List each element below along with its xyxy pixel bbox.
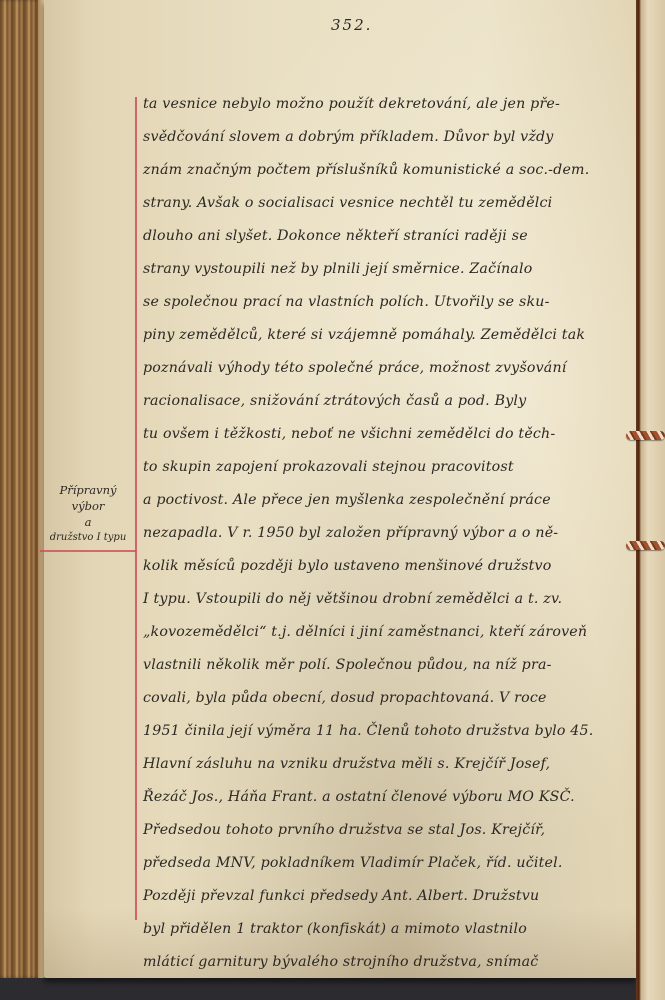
margin-note-line: družstvo I typu [40, 530, 136, 546]
text-line: 1951 činila její výměra 11 ha. Členů toh… [143, 715, 623, 748]
text-line: covali, byla půda obecní, dosud propacht… [143, 682, 623, 715]
page-number: 352. [331, 16, 372, 34]
margin-note-underline [40, 550, 136, 552]
book-page-edges [0, 0, 44, 978]
text-line: I typu. Vstoupili do něj většinou drobní… [143, 583, 623, 616]
text-line: strany vystoupili než by plnili její smě… [143, 253, 623, 286]
handwritten-body-text: ta vesnice nebylo možno použít dekretová… [143, 88, 623, 979]
text-line: piny zemědělců, které si vzájemně pomáha… [143, 319, 623, 352]
margin-note: Přípravný výbor a družstvo I typu [40, 482, 136, 546]
text-line: se společnou prací na vlastních polích. … [143, 286, 623, 319]
text-line: Hlavní zásluhu na vzniku družstva měli s… [143, 748, 623, 781]
text-line: strany. Avšak o socialisaci vesnice nech… [143, 187, 623, 220]
text-line: předseda MNV, pokladníkem Vladimír Plače… [143, 847, 623, 880]
text-line: svědčování slovem a dobrým příkladem. Dů… [143, 121, 623, 154]
margin-note-line: Přípravný [40, 482, 136, 498]
text-line: Řezáč Jos., Háňa Frant. a ostatní členov… [143, 781, 623, 814]
text-line: ta vesnice nebylo možno použít dekretová… [143, 88, 623, 121]
binding-stitch-upper [626, 431, 665, 440]
text-line: Později převzal funkci předsedy Ant. Alb… [143, 880, 623, 913]
margin-note-line: výbor [40, 498, 136, 514]
text-line: to skupin zapojení prokazovali stejnou p… [143, 451, 623, 484]
text-line: Předsedou tohoto prvního družstva se sta… [143, 814, 623, 847]
text-line: poznávali výhody této společné práce, mo… [143, 352, 623, 385]
text-line: kolik měsíců později bylo ustaveno menši… [143, 550, 623, 583]
text-line: vlastnili několik měr polí. Společnou pů… [143, 649, 623, 682]
text-line: byl přidělen 1 traktor (konfiskát) a mim… [143, 913, 623, 946]
binding-stitch-lower [626, 541, 665, 550]
text-line: racionalisace, snižování ztrátových časů… [143, 385, 623, 418]
text-line: znám značným počtem příslušníků komunist… [143, 154, 623, 187]
margin-note-line: a [40, 514, 136, 530]
text-line: „kovozemědělci“ t.j. dělníci i jiní zamě… [143, 616, 623, 649]
text-line: dlouho ani slyšet. Dokonce někteří stran… [143, 220, 623, 253]
document-photograph: 352. Přípravný výbor a družstvo I typu t… [0, 0, 665, 1000]
book-spine-gutter [636, 0, 665, 1000]
text-line: a poctivost. Ale přece jen myšlenka zesp… [143, 484, 623, 517]
text-line: nezapadla. V r. 1950 byl založen příprav… [143, 517, 623, 550]
text-line: tu ovšem i těžkosti, neboť ne všichni ze… [143, 418, 623, 451]
text-line: mláticí garnitury bývalého strojního dru… [143, 946, 623, 979]
